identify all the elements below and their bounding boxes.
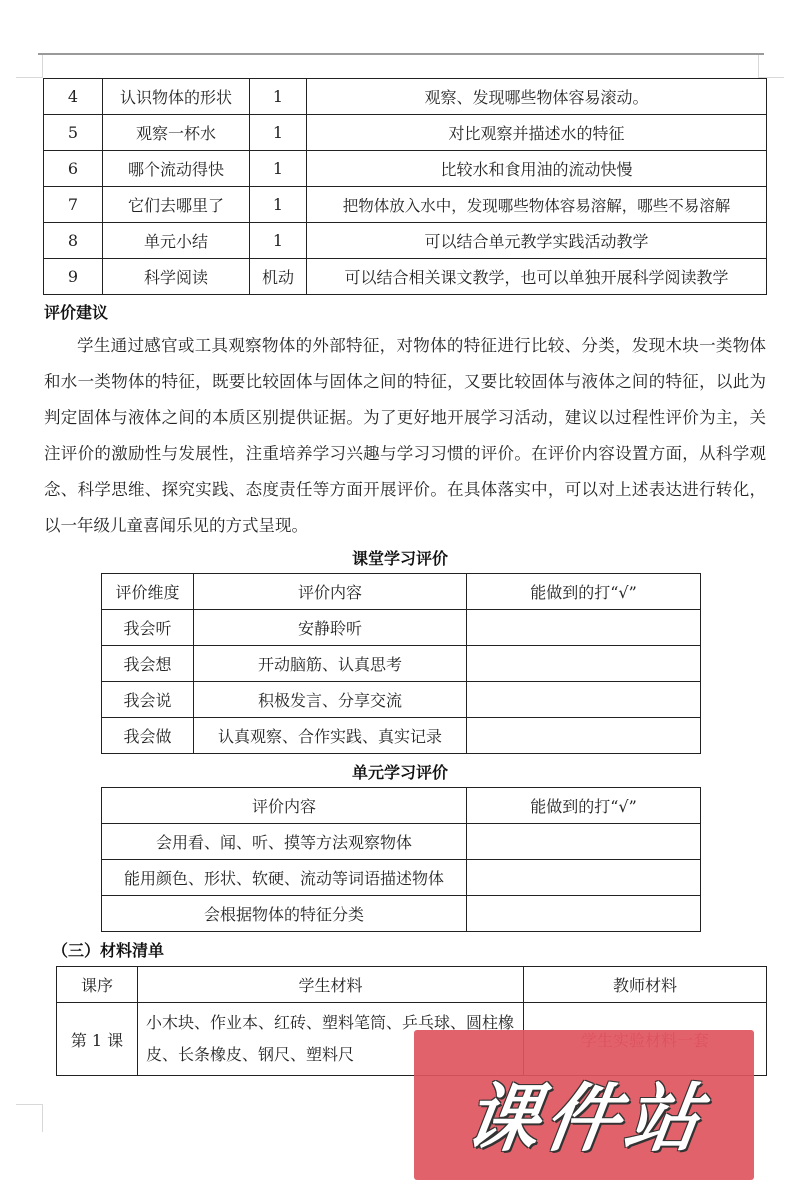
table-row: 会根据物体的特征分类	[102, 896, 701, 932]
lesson-hours: 机动	[250, 259, 307, 295]
lesson-hours: 1	[250, 115, 307, 151]
lesson-hours: 1	[250, 151, 307, 187]
crop-mark-bottom-left	[42, 1104, 43, 1132]
eval-content: 积极发言、分享交流	[194, 682, 467, 718]
eval-content: 会根据物体的特征分类	[102, 896, 467, 932]
check-cell[interactable]	[467, 610, 701, 646]
lesson-content: 比较水和食用油的流动快慢	[307, 151, 767, 187]
lesson-title: 科学阅读	[103, 259, 250, 295]
crop-mark-bottom-left-h	[16, 1104, 43, 1105]
table-row: 4 认识物体的形状 1 观察、发现哪些物体容易滚动。	[44, 79, 767, 115]
crop-mark-top-left-h	[16, 77, 43, 78]
eval-dimension: 我会想	[102, 646, 194, 682]
crop-mark-top-left	[42, 55, 43, 77]
unit-eval-table: 评价内容 能做到的打“√” 会用看、闻、听、摸等方法观察物体 能用颜色、形状、软…	[101, 787, 701, 932]
lesson-title: 它们去哪里了	[103, 187, 250, 223]
header-content: 评价内容	[102, 788, 467, 824]
lesson-number: 9	[44, 259, 103, 295]
table-row: 6 哪个流动得快 1 比较水和食用油的流动快慢	[44, 151, 767, 187]
lesson-number: 8	[44, 223, 103, 259]
eval-content: 安静聆听	[194, 610, 467, 646]
materials-heading: （三）材料清单	[52, 938, 164, 961]
table-row: 能用颜色、形状、软硬、流动等词语描述物体	[102, 860, 701, 896]
table-row: 8 单元小结 1 可以结合单元教学实践活动教学	[44, 223, 767, 259]
eval-content: 能用颜色、形状、软硬、流动等词语描述物体	[102, 860, 467, 896]
eval-content: 开动脑筋、认真思考	[194, 646, 467, 682]
table-row: 我会说 积极发言、分享交流	[102, 682, 701, 718]
table-row: 我会做 认真观察、合作实践、真实记录	[102, 718, 701, 754]
watermark-stamp: 课件站	[402, 1012, 770, 1196]
check-cell[interactable]	[467, 718, 701, 754]
table-header-row: 评价维度 评价内容 能做到的打“√”	[102, 574, 701, 610]
classroom-eval-table: 评价维度 评价内容 能做到的打“√” 我会听 安静聆听 我会想 开动脑筋、认真思…	[101, 573, 701, 754]
header-content: 评价内容	[194, 574, 467, 610]
classroom-eval-caption: 课堂学习评价	[0, 546, 800, 569]
lesson-title: 哪个流动得快	[103, 151, 250, 187]
header-teacher-materials: 教师材料	[524, 967, 767, 1003]
lesson-title: 认识物体的形状	[103, 79, 250, 115]
table-header-row: 评价内容 能做到的打“√”	[102, 788, 701, 824]
lesson-content: 把物体放入水中，发现哪些物体容易溶解，哪些不易溶解	[307, 187, 767, 223]
header-student-materials: 学生材料	[138, 967, 524, 1003]
check-cell[interactable]	[467, 646, 701, 682]
lesson-content: 可以结合单元教学实践活动教学	[307, 223, 767, 259]
table-row: 会用看、闻、听、摸等方法观察物体	[102, 824, 701, 860]
check-cell[interactable]	[467, 682, 701, 718]
eval-dimension: 我会听	[102, 610, 194, 646]
header-check: 能做到的打“√”	[467, 788, 701, 824]
evaluation-paragraph: 学生通过感官或工具观察物体的外部特征，对物体的特征进行比较、分类，发现木块一类物…	[44, 328, 766, 544]
table-row: 5 观察一杯水 1 对比观察并描述水的特征	[44, 115, 767, 151]
header-lesson: 课序	[57, 967, 138, 1003]
eval-dimension: 我会说	[102, 682, 194, 718]
lesson-number: 7	[44, 187, 103, 223]
check-cell[interactable]	[467, 896, 701, 932]
check-cell[interactable]	[467, 824, 701, 860]
table-row: 7 它们去哪里了 1 把物体放入水中，发现哪些物体容易溶解，哪些不易溶解	[44, 187, 767, 223]
evaluation-heading: 评价建议	[44, 300, 108, 323]
lesson-label: 第 1 课	[57, 1003, 138, 1076]
table-row: 9 科学阅读 机动 可以结合相关课文教学，也可以单独开展科学阅读教学	[44, 259, 767, 295]
lesson-schedule-table: 4 认识物体的形状 1 观察、发现哪些物体容易滚动。 5 观察一杯水 1 对比观…	[43, 78, 767, 295]
lesson-title: 单元小结	[103, 223, 250, 259]
table-header-row: 课序 学生材料 教师材料	[57, 967, 767, 1003]
table-row: 我会听 安静聆听	[102, 610, 701, 646]
header-dimension: 评价维度	[102, 574, 194, 610]
check-cell[interactable]	[467, 860, 701, 896]
lesson-hours: 1	[250, 187, 307, 223]
lesson-title: 观察一杯水	[103, 115, 250, 151]
lesson-number: 5	[44, 115, 103, 151]
eval-content: 会用看、闻、听、摸等方法观察物体	[102, 824, 467, 860]
eval-dimension: 我会做	[102, 718, 194, 754]
crop-mark-top-right	[758, 55, 759, 77]
watermark-text: 课件站	[395, 1060, 778, 1166]
page-header-rule	[38, 53, 764, 55]
eval-content: 认真观察、合作实践、真实记录	[194, 718, 467, 754]
lesson-content: 可以结合相关课文教学，也可以单独开展科学阅读教学	[307, 259, 767, 295]
lesson-number: 6	[44, 151, 103, 187]
lesson-content: 对比观察并描述水的特征	[307, 115, 767, 151]
lesson-hours: 1	[250, 223, 307, 259]
lesson-hours: 1	[250, 79, 307, 115]
lesson-content: 观察、发现哪些物体容易滚动。	[307, 79, 767, 115]
unit-eval-caption: 单元学习评价	[0, 760, 800, 783]
lesson-number: 4	[44, 79, 103, 115]
header-check: 能做到的打“√”	[467, 574, 701, 610]
table-row: 我会想 开动脑筋、认真思考	[102, 646, 701, 682]
